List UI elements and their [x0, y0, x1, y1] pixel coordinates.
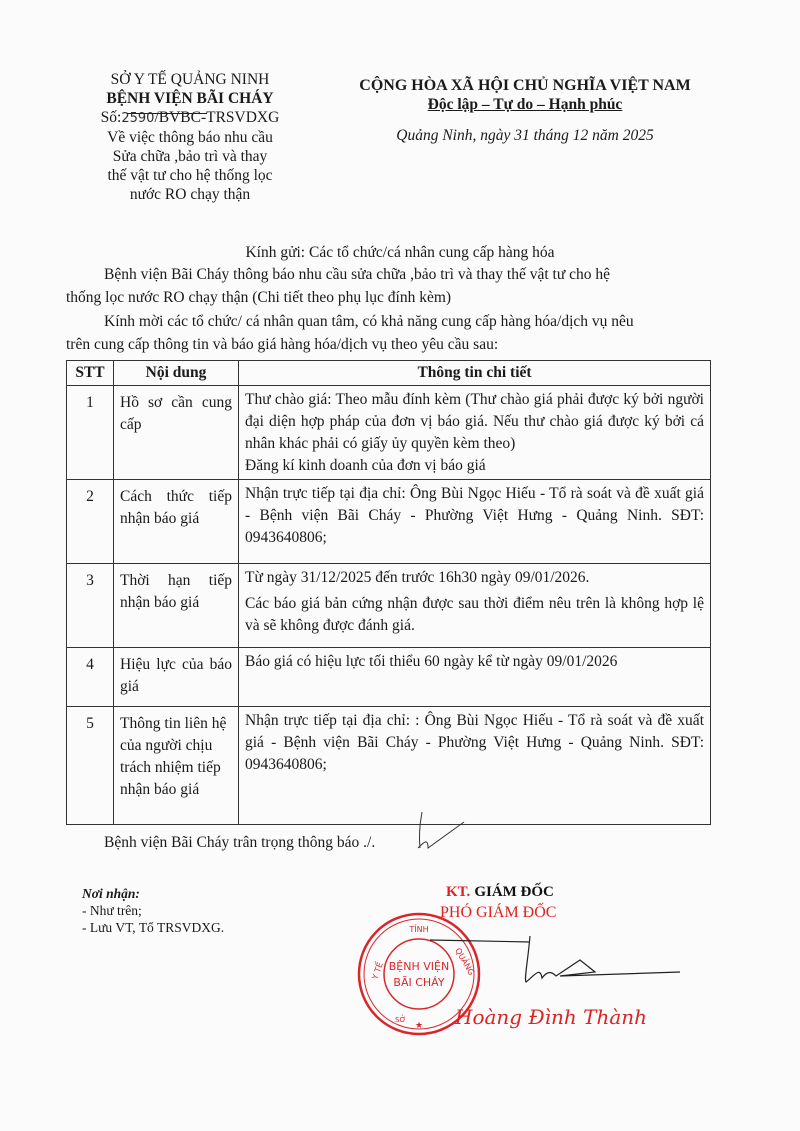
- table-row: 5 Thông tin liên hệ của người chịu trách…: [67, 707, 711, 825]
- handwritten-signature-icon: [430, 930, 680, 1000]
- recipients-title: Nơi nhận:: [82, 886, 224, 902]
- table-row: 2 Cách thức tiếp nhận báo giá Nhận trực …: [67, 480, 711, 564]
- table-header-row: STT Nội dung Thông tin chi tiết: [67, 361, 711, 386]
- table-row: 4 Hiệu lực của báo giá Báo giá có hiệu l…: [67, 648, 711, 707]
- subject-line: Sửa chữa ,bảo trì và thay: [55, 147, 325, 166]
- subject-line: thế vật tư cho hệ thống lọc: [55, 166, 325, 185]
- issuer-block: SỞ Y TẾ QUẢNG NINH BỆNH VIỆN BÃI CHÁY Số…: [55, 70, 325, 204]
- recipient-item: - Như trên;: [82, 902, 224, 919]
- signature-title: KT. GIÁM ĐỐC: [446, 883, 606, 901]
- svg-text:Y TẾ: Y TẾ: [368, 960, 385, 982]
- column-header-details: Thông tin chi tiết: [239, 361, 711, 386]
- document-date: Quảng Ninh, ngày 31 tháng 12 năm 2025: [320, 126, 730, 145]
- paragraph-2-line-2: trên cung cấp thông tin và báo giá hàng …: [66, 334, 746, 356]
- signer-name: Hoàng Đình Thành: [455, 1005, 647, 1029]
- svg-text:TỈNH: TỈNH: [408, 923, 428, 934]
- paragraph-1-line-2: thống lọc nước RO chạy thận (Chi tiết th…: [66, 287, 746, 309]
- national-heading: CỘNG HÒA XÃ HỘI CHỦ NGHĨA VIỆT NAM Độc l…: [320, 76, 730, 145]
- subject-line: Về việc thông báo nhu cầu: [55, 128, 325, 147]
- paragraph-2-line-1: Kính mời các tổ chức/ cá nhân quan tâm, …: [104, 311, 744, 333]
- initial-mark-icon: [388, 808, 468, 858]
- column-header-stt: STT: [67, 361, 114, 386]
- closing-line: Bệnh viện Bãi Cháy trân trọng thông báo …: [104, 832, 375, 854]
- recipient-item: - Lưu VT, Tổ TRSVDXG.: [82, 919, 224, 936]
- kt-prefix: KT.: [446, 884, 470, 900]
- subject-line: nước RO chạy thận: [55, 185, 325, 204]
- table-row: 1 Hồ sơ cần cung cấp Thư chào giá: Theo …: [67, 386, 711, 480]
- hospital-name: BỆNH VIỆN BÃI CHÁY: [55, 89, 325, 108]
- column-header-content: Nội dung: [114, 361, 239, 386]
- svg-text:★: ★: [415, 1020, 423, 1030]
- requirements-table: STT Nội dung Thông tin chi tiết 1 Hồ sơ …: [66, 360, 711, 825]
- paragraph-1-line-1: Bệnh viện Bãi Cháy thông báo nhu cầu sửa…: [104, 264, 744, 286]
- recipients-block: Nơi nhận: - Như trên; - Lưu VT, Tổ TRSVD…: [82, 886, 224, 936]
- department-name: SỞ Y TẾ QUẢNG NINH: [55, 70, 325, 89]
- document-number: Số:2590/BVBC-TRSVDXG: [55, 108, 325, 128]
- recipient-line: Kính gửi: Các tổ chức/cá nhân cung cấp h…: [60, 242, 740, 264]
- nation-title: CỘNG HÒA XÃ HỘI CHỦ NGHĨA VIỆT NAM: [320, 76, 730, 95]
- svg-text:SỞ: SỞ: [395, 1014, 406, 1024]
- table-row: 3 Thời hạn tiếp nhận báo giá Từ ngày 31/…: [67, 564, 711, 648]
- national-motto: Độc lập – Tự do – Hạnh phúc: [320, 95, 730, 114]
- director-title: GIÁM ĐỐC: [474, 884, 554, 900]
- header-rule: [127, 113, 207, 114]
